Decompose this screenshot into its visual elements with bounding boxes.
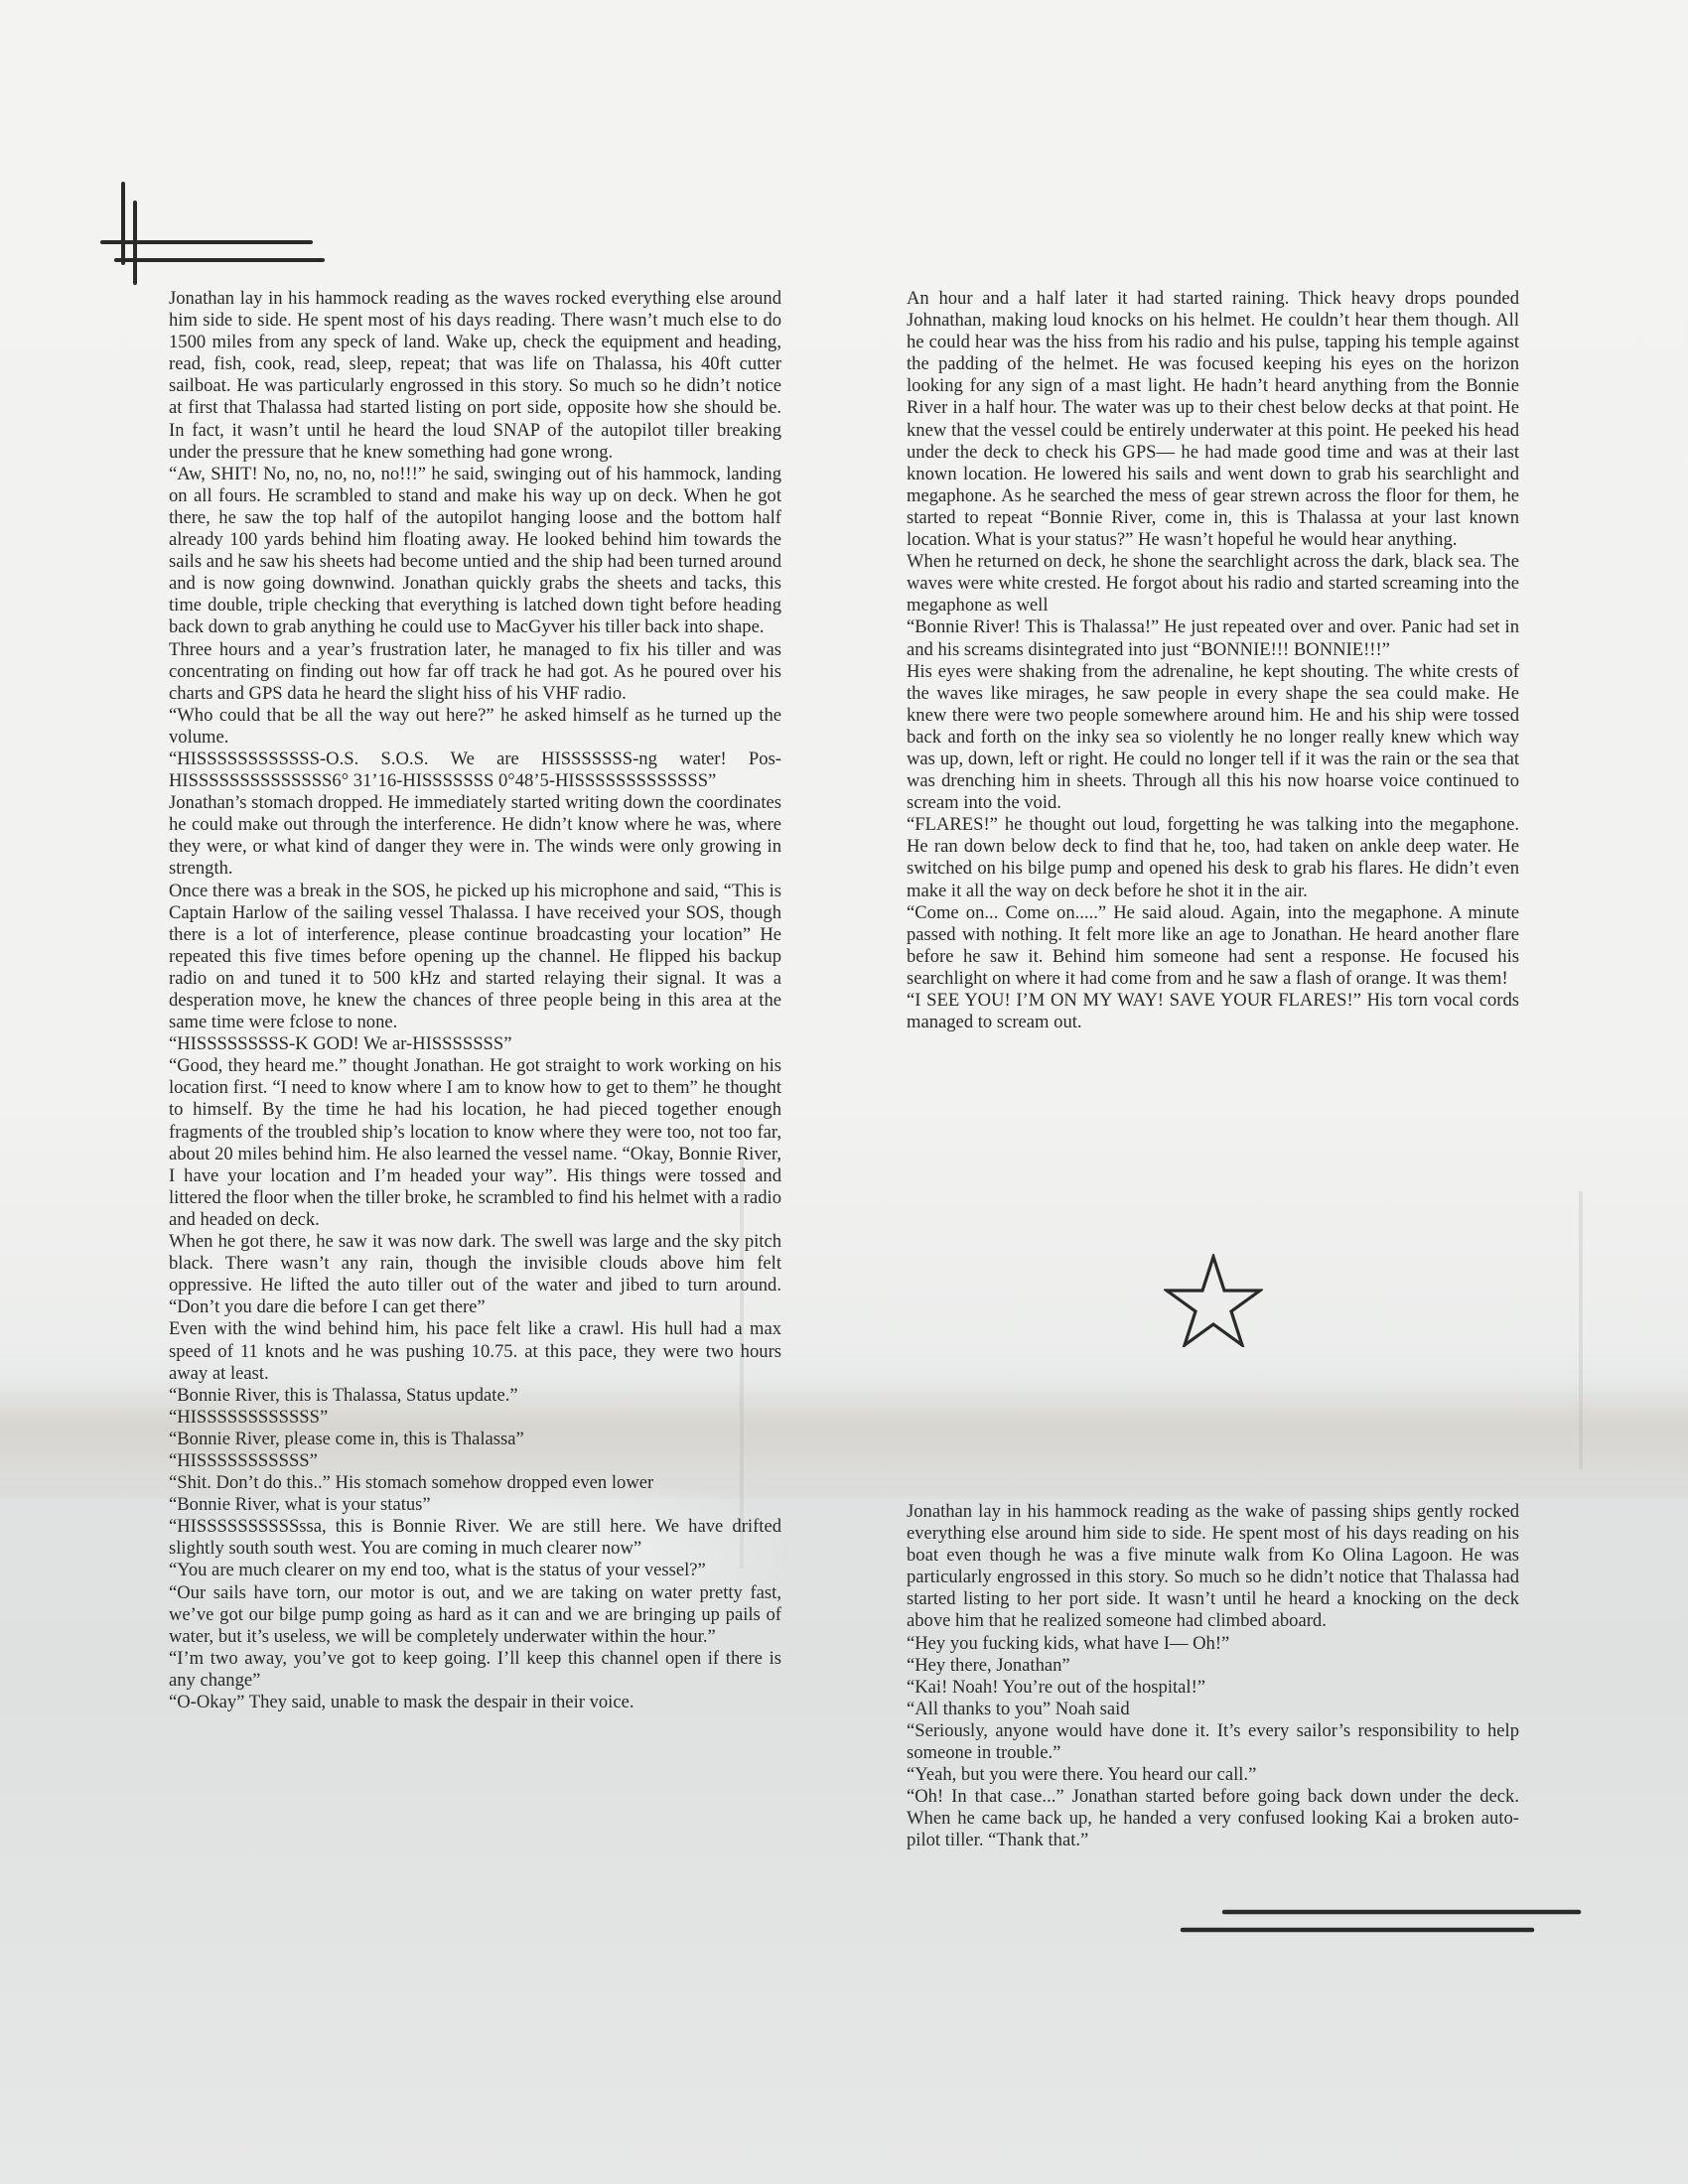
paragraph: “Come on... Come on.....” He said aloud.…: [907, 902, 1519, 990]
paragraph: Even with the wind behind him, his pace …: [169, 1318, 781, 1384]
dialogue-line: “Kai! Noah! You’re out of the hospital!”: [907, 1677, 1519, 1699]
paragraph: Three hours and a year’s frustration lat…: [169, 639, 781, 705]
paragraph: “HISSSSSSSSS-K GOD! We ar-HISSSSSSS”: [169, 1033, 781, 1055]
dialogue-line: “Hey there, Jonathan”: [907, 1655, 1519, 1677]
epilogue-section: Jonathan lay in his hammock reading as t…: [907, 1501, 1519, 1852]
paragraph: “HISSSSSSSSSSssa, this is Bonnie River. …: [169, 1516, 781, 1560]
star-divider-icon: [1164, 1254, 1263, 1347]
dialogue-line: “All thanks to you” Noah said: [907, 1699, 1519, 1720]
paragraph: “Who could that be all the way out here?…: [169, 705, 781, 749]
end-rule-lines-icon: [1177, 1901, 1594, 1941]
story-column-left: Jonathan lay in his hammock reading as t…: [169, 288, 781, 1713]
story-column-right: An hour and a half later it had started …: [907, 288, 1519, 1033]
dialogue-line: “You are much clearer on my end too, wha…: [169, 1560, 781, 1581]
dialogue-line: “Bonnie River, what is your status”: [169, 1494, 781, 1516]
dialogue-line: “HISSSSSSSSSSS”: [169, 1450, 781, 1472]
paragraph: When he returned on deck, he shone the s…: [907, 551, 1519, 616]
paragraph: “I’m two away, you’ve got to keep going.…: [169, 1648, 781, 1692]
paragraph: Jonathan’s stomach dropped. He immediate…: [169, 792, 781, 880]
dialogue-line: “Yeah, but you were there. You heard our…: [907, 1764, 1519, 1786]
dialogue-line: “Hey you fucking kids, what have I— Oh!”: [907, 1633, 1519, 1655]
paragraph: “Bonnie River! This is Thalassa!” He jus…: [907, 616, 1519, 660]
paragraph: “I SEE YOU! I’M ON MY WAY! SAVE YOUR FLA…: [907, 990, 1519, 1033]
paragraph: “Seriously, anyone would have done it. I…: [907, 1720, 1519, 1764]
paragraph: “Good, they heard me.” thought Jonathan.…: [169, 1055, 781, 1231]
background-mast: [1579, 1191, 1583, 1469]
paragraph: Once there was a break in the SOS, he pi…: [169, 881, 781, 1034]
paragraph: “HISSSSSSSSSSSS-O.S. S.O.S. We are HISSS…: [169, 749, 781, 792]
dialogue-line: “HISSSSSSSSSSSS”: [169, 1407, 781, 1429]
paragraph: “Aw, SHIT! No, no, no, no, no!!!” he sai…: [169, 464, 781, 639]
paragraph: Jonathan lay in his hammock reading as t…: [907, 1501, 1519, 1633]
paragraph: When he got there, he saw it was now dar…: [169, 1231, 781, 1318]
paragraph: “FLARES!” he thought out loud, forgettin…: [907, 814, 1519, 901]
paragraph: “Our sails have torn, our motor is out, …: [169, 1582, 781, 1648]
paragraph: “Oh! In that case...” Jonathan started b…: [907, 1786, 1519, 1851]
paragraph: His eyes were shaking from the adrenalin…: [907, 661, 1519, 815]
corner-hash-lines-icon: [94, 179, 422, 298]
dialogue-line: “Bonnie River, this is Thalassa, Status …: [169, 1385, 781, 1407]
dialogue-line: “Bonnie River, please come in, this is T…: [169, 1429, 781, 1450]
paragraph: An hour and a half later it had started …: [907, 288, 1519, 551]
dialogue-line: “O-Okay” They said, unable to mask the d…: [169, 1692, 781, 1713]
dialogue-line: “Shit. Don’t do this..” His stomach some…: [169, 1472, 781, 1494]
paragraph: Jonathan lay in his hammock reading as t…: [169, 288, 781, 464]
